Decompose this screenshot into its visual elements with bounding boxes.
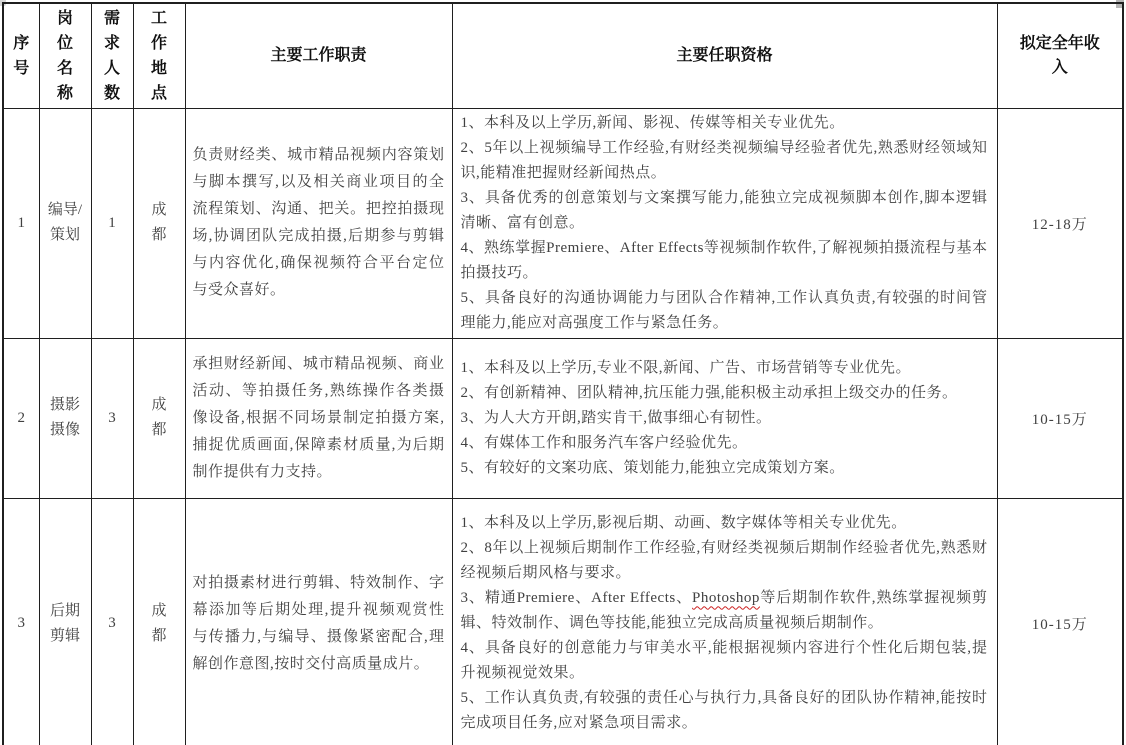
- position-cell: 编导/策划: [39, 108, 91, 338]
- qualifications-cell: 1、本科及以上学历,专业不限,新闻、广告、市场营销等专业优先。 2、有创新精神、…: [452, 338, 997, 498]
- duties-cell: 承担财经新闻、城市精品视频、商业活动、等拍摄任务,熟练操作各类摄像设备,根据不同…: [185, 338, 452, 498]
- header-headcount: 需求人数: [91, 3, 133, 108]
- qualifications-cell: 1、本科及以上学历,影视后期、动画、数字媒体等相关专业优先。 2、8年以上视频后…: [452, 498, 997, 745]
- qualification-item: 3、具备优秀的创意策划与文案撰写能力,能独立完成视频脚本创作,脚本逻辑清晰、富有…: [461, 186, 988, 236]
- header-location-label: 工作地点: [151, 6, 168, 106]
- table-row: 3 后期剪辑 3 成都 对拍摄素材进行剪辑、特效制作、字幕添加等后期处理,提升视…: [3, 498, 1123, 745]
- qualification-item: 5、具备良好的沟通协调能力与团队合作精神,工作认真负责,有较强的时间管理能力,能…: [461, 286, 988, 336]
- qualification-item: 2、5年以上视频编导工作经验,有财经类视频编导经验者优先,熟悉财经领域知识,能精…: [461, 136, 988, 186]
- duties-text: 负责财经类、城市精品视频内容策划与脚本撰写,以及相关商业项目的全流程策划、沟通、…: [193, 142, 445, 304]
- header-seq: 序号: [3, 3, 39, 108]
- header-position-label: 岗位名称: [57, 6, 74, 106]
- income-cell: 10-15万: [997, 498, 1123, 745]
- spellcheck-underlined-word: Photoshop: [692, 590, 760, 606]
- duties-cell: 负责财经类、城市精品视频内容策划与脚本撰写,以及相关商业项目的全流程策划、沟通、…: [185, 108, 452, 338]
- duties-text: 承担财经新闻、城市精品视频、商业活动、等拍摄任务,熟练操作各类摄像设备,根据不同…: [193, 351, 445, 486]
- headcount-cell: 3: [91, 338, 133, 498]
- qualification-item: 3、为人大方开朗,踏实肯干,做事细心有韧性。: [461, 406, 988, 431]
- position-value: 编导/策划: [47, 198, 84, 248]
- header-duties: 主要工作职责: [185, 3, 452, 108]
- location-value: 成都: [151, 198, 167, 248]
- header-position: 岗位名称: [39, 3, 91, 108]
- qualification-item: 4、有媒体工作和服务汽车客户经验优先。: [461, 431, 988, 456]
- header-seq-label: 序号: [13, 31, 30, 81]
- table-row: 1 编导/策划 1 成都 负责财经类、城市精品视频内容策划与脚本撰写,以及相关商…: [3, 108, 1123, 338]
- location-cell: 成都: [133, 498, 185, 745]
- seq-cell: 3: [3, 498, 39, 745]
- position-cell: 摄影摄像: [39, 338, 91, 498]
- headcount-cell: 1: [91, 108, 133, 338]
- qualifications-cell: 1、本科及以上学历,新闻、影视、传媒等相关专业优先。 2、5年以上视频编导工作经…: [452, 108, 997, 338]
- location-cell: 成都: [133, 108, 185, 338]
- position-value: 摄影摄像: [47, 393, 84, 443]
- qualification-item: 5、工作认真负责,有较强的责任心与执行力,具备良好的团队协作精神,能按时完成项目…: [461, 686, 988, 736]
- location-value: 成都: [151, 599, 167, 649]
- income-cell: 12-18万: [997, 108, 1123, 338]
- duties-text: 对拍摄素材进行剪辑、特效制作、字幕添加等后期处理,提升视频观赏性与传播力,与编导…: [193, 570, 445, 678]
- qualification-item: 4、熟练掌握Premiere、After Effects等视频制作软件,了解视频…: [461, 236, 988, 286]
- location-cell: 成都: [133, 338, 185, 498]
- income-cell: 10-15万: [997, 338, 1123, 498]
- header-location: 工作地点: [133, 3, 185, 108]
- header-income-label: 拟定全年收入: [1018, 32, 1102, 80]
- location-value: 成都: [151, 393, 167, 443]
- qualification-item: 4、具备良好的创意能力与审美水平,能根据视频内容进行个性化后期包装,提升视频视觉…: [461, 636, 988, 686]
- header-income: 拟定全年收入: [997, 3, 1123, 108]
- headcount-cell: 3: [91, 498, 133, 745]
- position-value: 后期剪辑: [47, 599, 84, 649]
- document-page: 序号 岗位名称 需求人数 工作地点 主要工作职责 主要任职资格 拟定全年收入 1…: [0, 0, 1126, 745]
- seq-cell: 1: [3, 108, 39, 338]
- table-row: 2 摄影摄像 3 成都 承担财经新闻、城市精品视频、商业活动、等拍摄任务,熟练操…: [3, 338, 1123, 498]
- qualification-item: 2、有创新精神、团队精神,抗压能力强,能积极主动承担上级交办的任务。: [461, 381, 988, 406]
- qualification-item: 1、本科及以上学历,专业不限,新闻、广告、市场营销等专业优先。: [461, 356, 988, 381]
- header-qualifications: 主要任职资格: [452, 3, 997, 108]
- qualification-text-segment: 3、精通Premiere、After Effects、: [461, 590, 693, 606]
- qualification-item: 1、本科及以上学历,新闻、影视、传媒等相关专业优先。: [461, 111, 988, 136]
- qualification-item: 5、有较好的文案功底、策划能力,能独立完成策划方案。: [461, 456, 988, 481]
- position-cell: 后期剪辑: [39, 498, 91, 745]
- seq-cell: 2: [3, 338, 39, 498]
- qualification-item: 3、精通Premiere、After Effects、Photoshop等后期制…: [461, 586, 988, 636]
- qualification-item: 1、本科及以上学历,影视后期、动画、数字媒体等相关专业优先。: [461, 511, 988, 536]
- qualification-item: 2、8年以上视频后期制作工作经验,有财经类视频后期制作经验者优先,熟悉财经视频后…: [461, 536, 988, 586]
- table-header-row: 序号 岗位名称 需求人数 工作地点 主要工作职责 主要任职资格 拟定全年收入: [3, 3, 1123, 108]
- duties-cell: 对拍摄素材进行剪辑、特效制作、字幕添加等后期处理,提升视频观赏性与传播力,与编导…: [185, 498, 452, 745]
- header-headcount-label: 需求人数: [104, 6, 121, 106]
- recruitment-table: 序号 岗位名称 需求人数 工作地点 主要工作职责 主要任职资格 拟定全年收入 1…: [2, 2, 1124, 745]
